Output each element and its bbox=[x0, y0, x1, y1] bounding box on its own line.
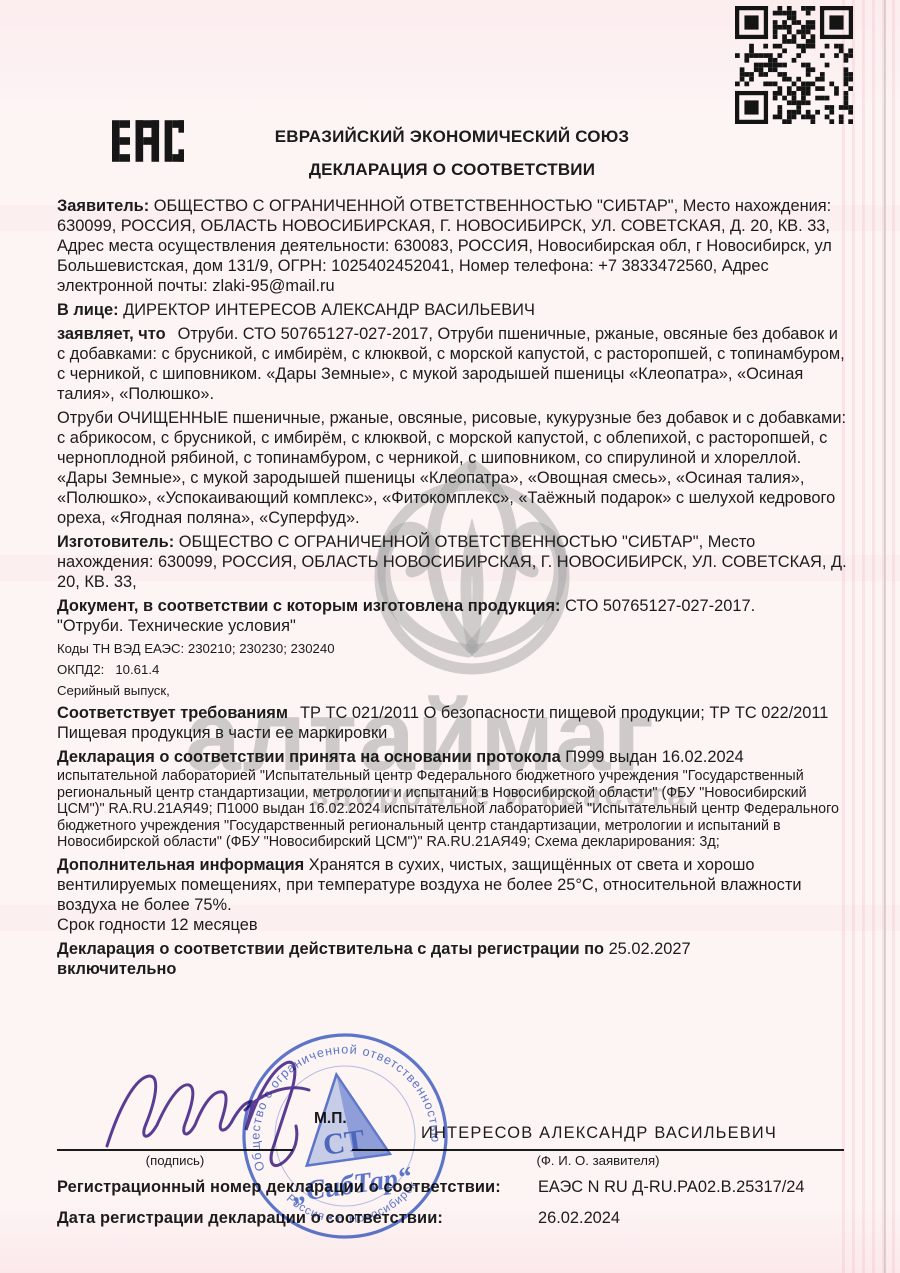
validity-paragraph: Декларация о соответствии действительна … bbox=[57, 939, 847, 979]
shelf-life-text: Срок годности 12 месяцев bbox=[57, 916, 258, 934]
scan-seam-line bbox=[884, 0, 886, 1273]
product-doc-value: СТО 50765127-027-2017. bbox=[565, 597, 755, 615]
applicant-label: Заявитель: bbox=[57, 197, 149, 215]
additional-info-label: Дополнительная информация bbox=[57, 856, 304, 874]
document-header: ЕВРАЗИЙСКИЙ ЭКОНОМИЧЕСКИЙ СОЮЗ ДЕКЛАРАЦИ… bbox=[57, 127, 847, 180]
manufacturer-text: ОБЩЕСТВО С ОГРАНИЧЕННОЙ ОТВЕТСТВЕННОСТЬЮ… bbox=[57, 533, 847, 591]
serial-release: Серийный выпуск, bbox=[57, 682, 847, 699]
qr-code bbox=[735, 6, 853, 124]
validity-date: 25.02.2027 bbox=[609, 940, 691, 958]
okpd2-code: ОКПД2: 10.61.4 bbox=[57, 661, 847, 678]
product-doc-label: Документ, в соответствии с которым изгот… bbox=[57, 597, 561, 615]
declares-text-1: Отруби. СТО 50765127-027-2017, Отруби пш… bbox=[57, 325, 845, 403]
tnved-codes: Коды ТН ВЭД ЕАЭС: 230210; 230230; 230240 bbox=[57, 640, 847, 657]
scan-streaks-right bbox=[842, 0, 900, 1273]
declares-paragraph-2: Отруби ОЧИЩЕННЫЕ пшеничные, ржаные, овся… bbox=[57, 408, 847, 528]
in-person-paragraph: В лице: ДИРЕКТОР ИНТЕРЕСОВ АЛЕКСАНДР ВАС… bbox=[57, 300, 847, 320]
in-person-text: ДИРЕКТОР ИНТЕРЕСОВ АЛЕКСАНДР ВАСИЛЬЕВИЧ bbox=[123, 301, 535, 319]
basis-heading: Декларация о соответствии принята на осн… bbox=[57, 747, 847, 767]
declares-paragraph-1: заявляет, чтоОтруби. СТО 50765127-027-20… bbox=[57, 324, 847, 404]
basis-details: испытательной лабораторией "Испытательны… bbox=[57, 768, 847, 851]
basis-protocol: П999 выдан 16.02.2024 bbox=[565, 748, 744, 766]
applicant-text: ОБЩЕСТВО С ОГРАНИЧЕННОЙ ОТВЕТСТВЕННОСТЬЮ… bbox=[57, 197, 832, 295]
compliance-label: Соответствует требованиям bbox=[57, 704, 288, 722]
additional-info-paragraph: Дополнительная информация Хранятся в сух… bbox=[57, 855, 847, 935]
declaration-document: алтаймаг здоровье и красота ЕВРАЗИЙСКИЙ … bbox=[0, 0, 900, 1273]
manufacturer-paragraph: Изготовитель: ОБЩЕСТВО С ОГРАНИЧЕННОЙ ОТ… bbox=[57, 532, 847, 592]
registration-number-value: ЕАЭС N RU Д-RU.РА02.В.25317/24 bbox=[538, 1178, 804, 1197]
stamp-monogram: СТ bbox=[321, 1123, 367, 1161]
round-company-stamp: Общество с ограниченной ответственностью… bbox=[235, 1026, 455, 1246]
product-doc-paragraph: Документ, в соответствии с которым изгот… bbox=[57, 596, 847, 636]
in-person-label: В лице: bbox=[57, 301, 119, 319]
document-body: Заявитель: ОБЩЕСТВО С ОГРАНИЧЕННОЙ ОТВЕТ… bbox=[57, 196, 847, 983]
declares-text-2: Отруби ОЧИЩЕННЫЕ пшеничные, ржаные, овся… bbox=[57, 409, 846, 527]
validity-suffix: включительно bbox=[57, 960, 176, 978]
registration-date-value: 26.02.2024 bbox=[538, 1209, 620, 1228]
union-title: ЕВРАЗИЙСКИЙ ЭКОНОМИЧЕСКИЙ СОЮЗ bbox=[57, 127, 847, 147]
basis-label: Декларация о соответствии принята на осн… bbox=[57, 748, 561, 766]
compliance-paragraph: Соответствует требованиямТР ТС 021/2011 … bbox=[57, 703, 847, 743]
document-title: ДЕКЛАРАЦИЯ О СООТВЕТСТВИИ bbox=[57, 160, 847, 180]
validity-prefix: Декларация о соответствии действительна … bbox=[57, 940, 604, 958]
product-doc-line2: "Отруби. Технические условия" bbox=[57, 617, 296, 635]
applicant-paragraph: Заявитель: ОБЩЕСТВО С ОГРАНИЧЕННОЙ ОТВЕТ… bbox=[57, 196, 847, 296]
manufacturer-label: Изготовитель: bbox=[57, 533, 174, 551]
declares-label: заявляет, что bbox=[57, 325, 166, 343]
